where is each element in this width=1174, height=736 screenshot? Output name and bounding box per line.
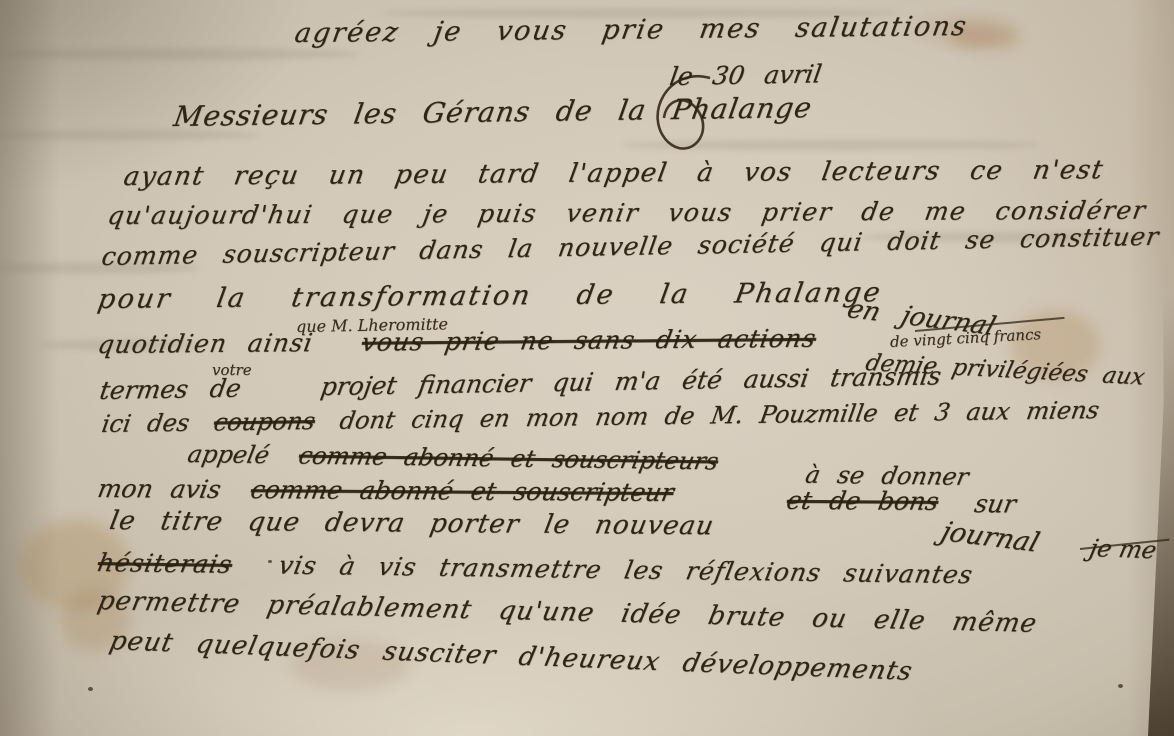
handwriting-text: quotidien ainsi	[96, 328, 316, 359]
ink-speck	[88, 687, 93, 691]
handwriting-text-struck: coupons	[212, 407, 317, 436]
handwriting-line: je me	[1090, 534, 1157, 564]
torn-paper-edge	[1148, 0, 1174, 736]
handwriting-line: appelé comme abonné et souscripteurs à s…	[188, 440, 968, 479]
handwriting-line: peut quelquefois susciter d'heureux déve…	[109, 626, 912, 687]
handwriting-text: pour la transformation de la Phalange	[95, 277, 884, 315]
handwriting-line: journal	[940, 516, 1040, 559]
handwriting-line: le titre que devra porter le nouveau	[110, 506, 714, 541]
handwriting-line: ayant reçu un peu tard l'appel à vos lec…	[124, 155, 1104, 192]
handwriting-text: sur	[972, 489, 1018, 518]
handwriting-line-date: le 30 avril	[670, 59, 822, 91]
bleed-through-ghost	[0, 48, 360, 60]
handwriting-text: le titre que devra porter le nouveau	[107, 506, 716, 541]
handwriting-line: quotidien ainsi vous prie ne sans dix ac…	[98, 324, 816, 359]
handwriting-text: vis à vis transmettre les réflexions sui…	[276, 551, 975, 590]
handwriting-text: peut quelquefois susciter d'heureux déve…	[107, 626, 916, 687]
handwriting-line-closing: agréez je vous prie mes salutations	[295, 11, 968, 49]
handwriting-text: le 30 avril	[668, 59, 824, 91]
handwriting-line: pour la transformation de la Phalange	[98, 277, 882, 315]
ink-speck	[1118, 684, 1123, 688]
handwriting-text: projet financier qui m'a été aussi trans…	[318, 361, 943, 401]
handwriting-text-struck: hésiterais	[95, 548, 235, 579]
handwriting-text: mon avis	[95, 474, 223, 504]
handwriting-text: ayant reçu un peu tard l'appel à vos lec…	[121, 155, 1106, 192]
handwriting-text: je me	[1087, 534, 1159, 564]
handwriting-text: journal	[937, 516, 1043, 558]
interlinear-insertion: votre	[212, 361, 252, 379]
handwriting-text: agréez je vous prie mes salutations	[292, 11, 970, 49]
handwriting-text-struck: et de bons	[784, 486, 941, 516]
handwriting-line: hésiterais vis à vis transmettre les réf…	[98, 548, 973, 589]
manuscript-page: agréez je vous prie mes salutations le 3…	[0, 0, 1174, 736]
handwriting-text: ici des	[100, 409, 192, 438]
handwriting-text-struck: comme abonné et souscripteur	[248, 475, 676, 507]
handwriting-text-struck: comme abonné et souscripteurs	[296, 442, 720, 476]
handwriting-text: dont cinq en mon nom de M. Pouzmille et …	[337, 396, 1101, 435]
interlinear-insertion: que M. Lheromitte	[296, 314, 448, 336]
handwriting-text: appelé	[185, 440, 271, 469]
handwriting-line: mon avis comme abonné et souscripteur et…	[98, 474, 1016, 509]
